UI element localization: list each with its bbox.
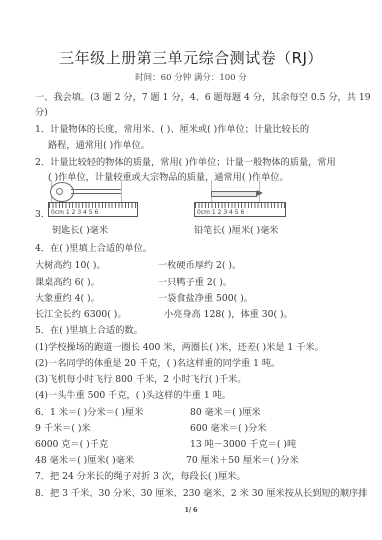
ruler-numbers: 0cm 1 2 3 4 5 6 (197, 209, 244, 216)
q6-item-right: 70 厘米＋50 厘米＝( )分米 (186, 452, 299, 466)
q4-item-left: 课桌高约 6( )。 (35, 274, 100, 288)
q4-item-left: 大象重约 4( )。 (35, 290, 100, 304)
key-length-answer: 钥匙长( )毫米 (52, 222, 108, 236)
pencil-tip-icon (257, 190, 263, 196)
q5-item: (1)学校操场的跑道一圈长 400 米，两圈长( )米，还差( )米是 1 千米… (35, 339, 324, 353)
q6-item-right: 80 毫米＝( )厘米 (190, 404, 261, 418)
section-heading: 一、我会填。(3 题 2 分，7 题 1 分，4、6 题每题 4 分，其余每空 … (35, 89, 371, 103)
question-4: 4．在( )里填上合适的单位。 (35, 240, 152, 254)
question-7: 7．把 24 分米长的绳子对折 3 次，每段长( )厘米。 (35, 468, 246, 482)
q6-item-left: 6000 克＝( )千克 (35, 436, 108, 450)
q4-item-left: 长江全长约 6300( )。 (35, 306, 127, 320)
pencil-length-answer: 铅笔长( )厘米( )毫米 (194, 222, 279, 236)
q5-item: (2)一名同学的体重是 20 千克，( )名这样重的同学重 1 吨。 (35, 355, 280, 369)
section-heading-cont: 分) (35, 104, 48, 118)
key-hole-icon (56, 188, 63, 195)
exam-page: 三年级上册第三单元综合测试卷（RJ） 时间：60 分钟 满分：100 分 一、我… (0, 0, 382, 540)
question-5: 5．在( )里填上合适的数。 (35, 322, 143, 336)
question-1: 1．计量物体的长度，常用米、( )、厘米或( )作单位；计量比较长的 (35, 121, 309, 135)
page-number: 1/ 6 (0, 507, 382, 514)
question-1-cont: 路程，通常用( )作单位。 (48, 137, 150, 151)
ruler-icon: 0cm 1 2 3 4 5 6 (194, 202, 286, 217)
key-shaft-icon (71, 189, 121, 194)
q6-item-right: 600 毫米＝( )分米 (190, 420, 266, 434)
ruler-icon: 0cm 1 2 3 4 5 6 (48, 202, 138, 217)
q4-item-right: 一只鸭子重 2( )。 (158, 274, 232, 288)
q6-item-right: 13 吨－3000 千克＝( )吨 (190, 436, 296, 450)
q5-item: (4)一头牛重 500 千克，( )头这样的牛重 1 吨。 (35, 387, 231, 401)
q5-item: (3)飞机每小时飞行 800 千米，2 小时飞行( )千米。 (35, 371, 246, 385)
q4-item-right: 一枚硬币厚约 2( )。 (158, 257, 241, 271)
pencil-icon (211, 191, 257, 197)
q6-item-left: 6．1 米＝( )分米＝( )厘米 (35, 404, 143, 418)
page-title: 三年级上册第三单元综合测试卷（RJ） (0, 47, 382, 68)
q6-item-left: 48 毫米＝( )厘米( )毫米 (35, 452, 134, 466)
question-2-cont: ( )作单位，计量较重或大宗物品的质量，通常用( )作单位。 (48, 169, 289, 183)
q6-item-left: 9 千米＝( )米 (35, 420, 91, 434)
q4-item-right: 一袋食盐净重 500( )。 (158, 290, 253, 304)
q4-item-left: 大树高约 10( )。 (35, 257, 106, 271)
exam-meta: 时间：60 分钟 满分：100 分 (0, 71, 382, 83)
q4-item-right: 小亮身高 128( )，体重 30( )。 (164, 306, 293, 320)
ruler-numbers: 0cm 1 2 3 4 5 6 (51, 209, 98, 216)
question-8: 8．把 3 千米、30 分米、30 厘米、230 毫米、2 米 30 厘米按从长… (35, 485, 367, 499)
question-2: 2．计量比较轻的物体的质量，常用( )作单位；计量一般物体的质量，常用 (35, 154, 336, 168)
